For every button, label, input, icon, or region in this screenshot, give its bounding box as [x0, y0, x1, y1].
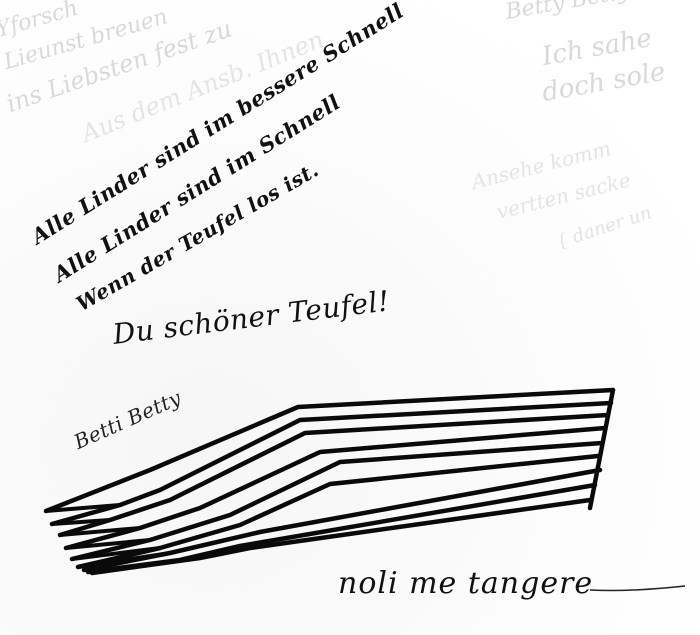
parallel-lines-sketch	[0, 0, 700, 635]
manuscript-page: Yforsch Lieunst breuen ins Liebsten fest…	[0, 0, 700, 635]
